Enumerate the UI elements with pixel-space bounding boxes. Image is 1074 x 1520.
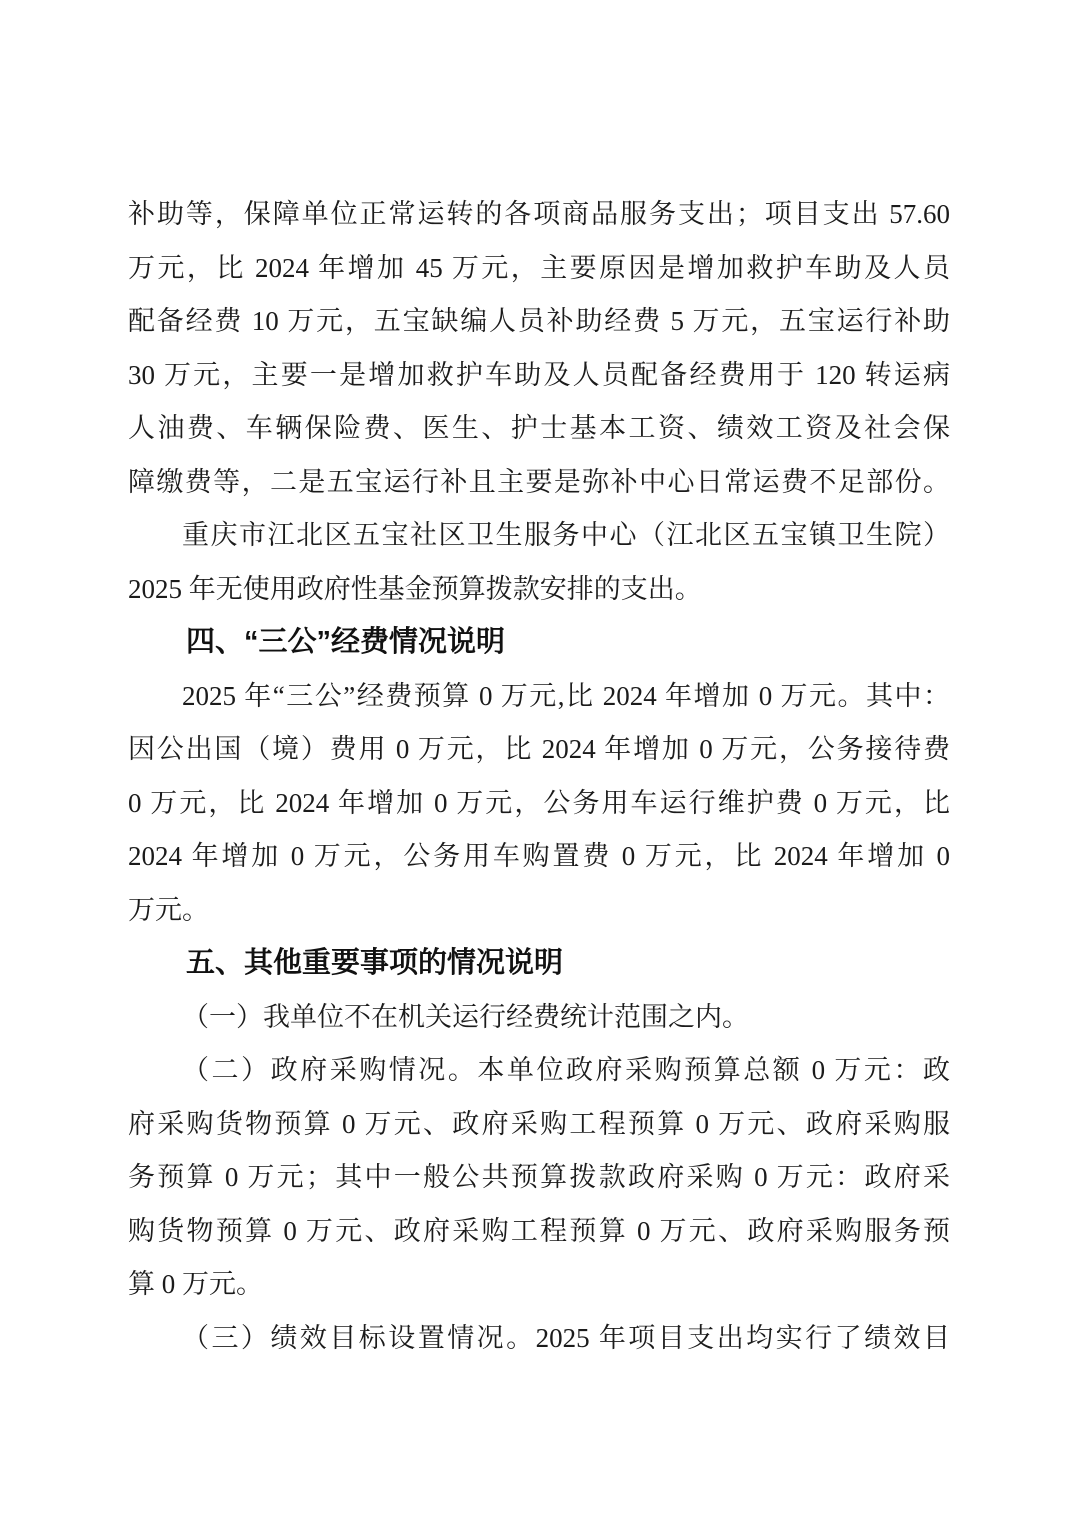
text-line: 0 万元，比 2024 年增加 0 万元，公务用车运行维护费 0 万元，比 <box>128 777 950 831</box>
text-line: 2025 年“三公”经费预算 0 万元,比 2024 年增加 0 万元。其中： <box>128 670 950 724</box>
section-heading-five: 五、其他重要事项的情况说明 <box>128 937 950 991</box>
text-line: 府采购货物预算 0 万元、政府采购工程预算 0 万元、政府采购服 <box>128 1098 950 1152</box>
text-line: 30 万元，主要一是增加救护车助及人员配备经费用于 120 转运病 <box>128 349 950 403</box>
text-line: 万元，比 2024 年增加 45 万元，主要原因是增加救护车助及人员 <box>128 242 950 296</box>
text-line: 2024 年增加 0 万元，公务用车购置费 0 万元，比 2024 年增加 0 <box>128 830 950 884</box>
paragraph-item-one: （一）我单位不在机关运行经费统计范围之内。 <box>128 991 950 1045</box>
section-heading-four: 四、“三公”经费情况说明 <box>128 616 950 670</box>
text-line: 障缴费等，二是五宝运行补且主要是弥补中心日常运费不足部份。 <box>128 456 950 510</box>
text-line: 务预算 0 万元；其中一般公共预算拨款政府采购 0 万元：政府采 <box>128 1151 950 1205</box>
text-line: 重庆市江北区五宝社区卫生服务中心（江北区五宝镇卫生院） <box>128 509 950 563</box>
paragraph-government-fund: 重庆市江北区五宝社区卫生服务中心（江北区五宝镇卫生院） 2025 年无使用政府性… <box>128 509 950 616</box>
text-line: （三）绩效目标设置情况。2025 年项目支出均实行了绩效目 <box>128 1312 950 1366</box>
document-body: 补助等，保障单位正常运转的各项商品服务支出；项目支出 57.60 万元，比 20… <box>128 188 950 1365</box>
text-line: 补助等，保障单位正常运转的各项商品服务支出；项目支出 57.60 <box>128 188 950 242</box>
section-heading-text: 五、其他重要事项的情况说明 <box>128 937 950 991</box>
text-line: 人油费、车辆保险费、医生、护士基本工资、绩效工资及社会保 <box>128 402 950 456</box>
paragraph-item-two-procurement: （二）政府采购情况。本单位政府采购预算总额 0 万元：政 府采购货物预算 0 万… <box>128 1044 950 1312</box>
text-line: （一）我单位不在机关运行经费统计范围之内。 <box>128 991 950 1045</box>
paragraph-three-public-funds: 2025 年“三公”经费预算 0 万元,比 2024 年增加 0 万元。其中： … <box>128 670 950 938</box>
text-line: 购货物预算 0 万元、政府采购工程预算 0 万元、政府采购服务预 <box>128 1205 950 1259</box>
text-line: 2025 年无使用政府性基金预算拨款安排的支出。 <box>128 563 950 617</box>
text-line: 万元。 <box>128 884 950 938</box>
section-heading-text: 四、“三公”经费情况说明 <box>128 616 950 670</box>
paragraph-expenditure-explanation: 补助等，保障单位正常运转的各项商品服务支出；项目支出 57.60 万元，比 20… <box>128 188 950 509</box>
text-line: （二）政府采购情况。本单位政府采购预算总额 0 万元：政 <box>128 1044 950 1098</box>
text-line: 因公出国（境）费用 0 万元，比 2024 年增加 0 万元，公务接待费 <box>128 723 950 777</box>
text-line: 配备经费 10 万元，五宝缺编人员补助经费 5 万元，五宝运行补助 <box>128 295 950 349</box>
text-line: 算 0 万元。 <box>128 1258 950 1312</box>
paragraph-item-three-performance: （三）绩效目标设置情况。2025 年项目支出均实行了绩效目 <box>128 1312 950 1366</box>
document-page: 补助等，保障单位正常运转的各项商品服务支出；项目支出 57.60 万元，比 20… <box>0 0 1074 1520</box>
